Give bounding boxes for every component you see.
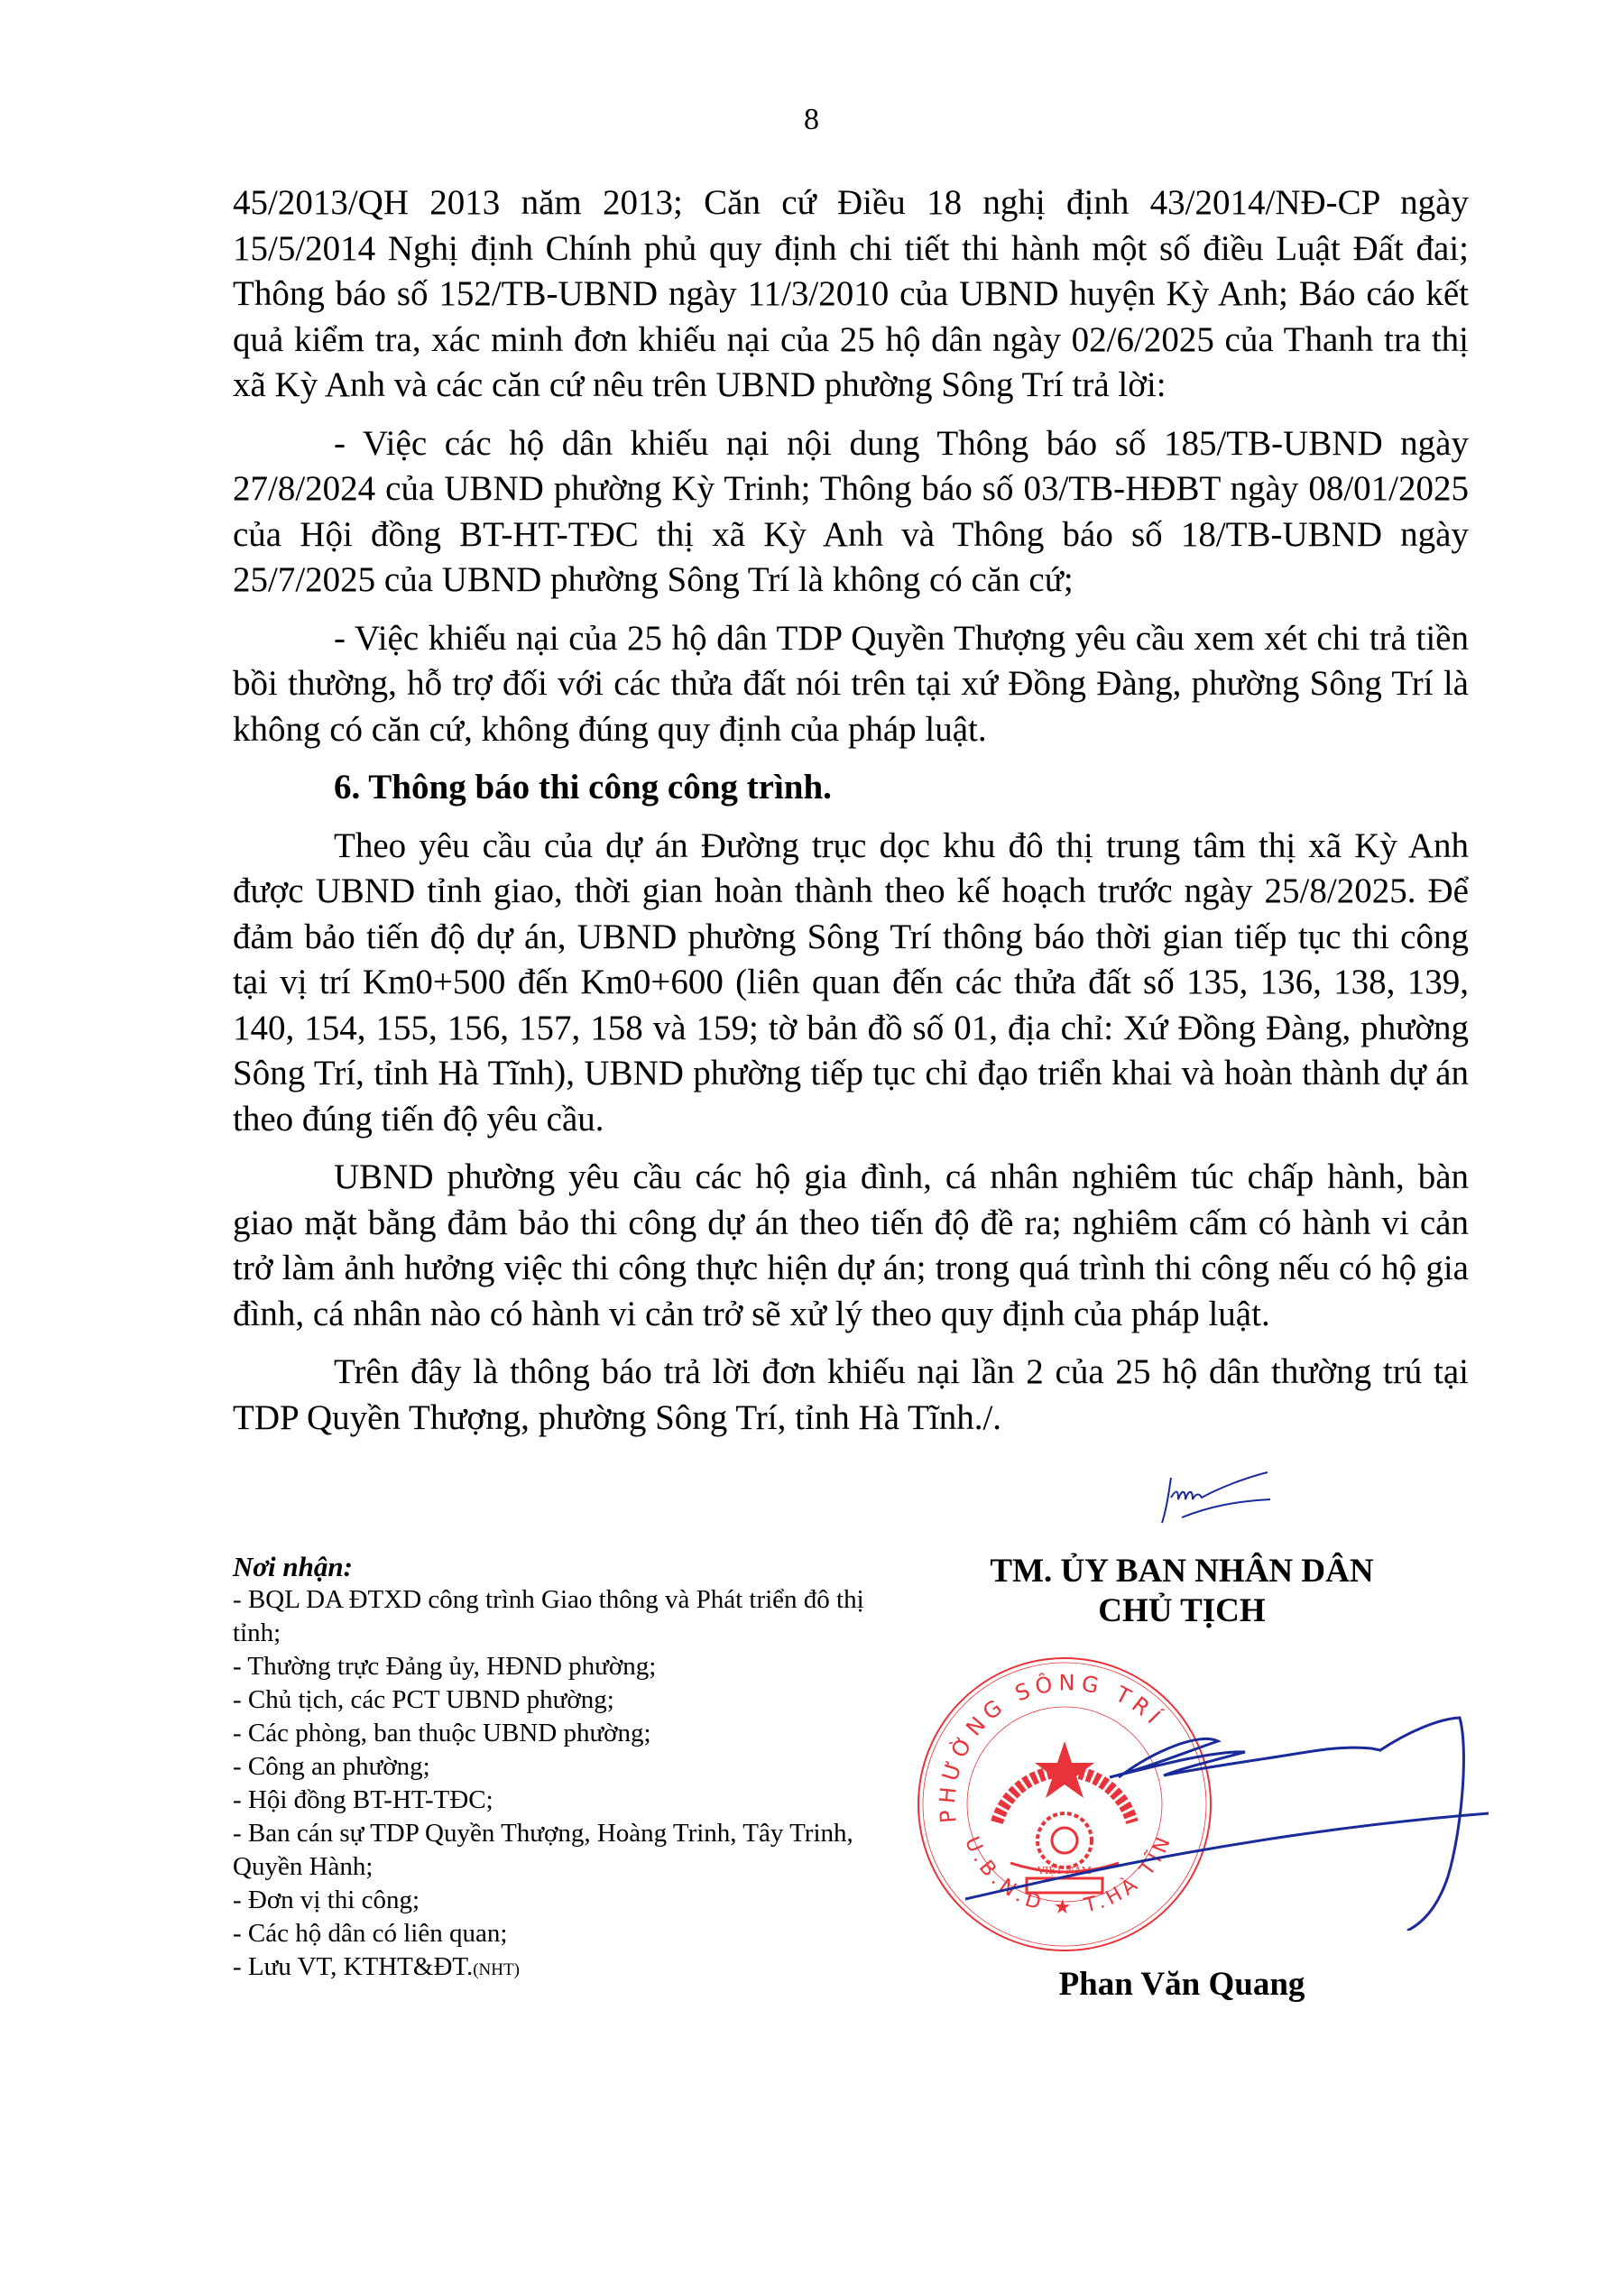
recipient-item: - Công an phường; <box>233 1750 864 1784</box>
paragraph: 45/2013/QH 2013 năm 2013; Căn cứ Điều 18… <box>233 180 1469 409</box>
paragraph: - Việc các hộ dân khiếu nại nội dung Thô… <box>233 421 1469 604</box>
recipient-item: - Các phòng, ban thuộc UBND phường; <box>233 1717 864 1750</box>
recipient-item-text: - Lưu VT, KTHT&ĐT. <box>233 1952 473 1981</box>
recipient-item: - Ban cán sự TDP Quyền Thượng, Hoàng Tri… <box>233 1817 864 1884</box>
paragraph: UBND phường yêu cầu các hộ gia đình, cá … <box>233 1155 1469 1337</box>
signer-position: CHỦ TỊCH <box>929 1591 1434 1631</box>
document-body: 45/2013/QH 2013 năm 2013; Căn cứ Điều 18… <box>233 180 1469 1453</box>
recipients-title: Nơi nhận: <box>233 1550 864 1583</box>
recipient-item: - BQL DA ĐTXD công trình Giao thông và P… <box>233 1583 864 1650</box>
recipient-item: - Chủ tịch, các PCT UBND phường; <box>233 1683 864 1717</box>
initials-signature <box>1155 1471 1272 1525</box>
signer-block: TM. ỦY BAN NHÂN DÂN CHỦ TỊCH Phan Văn Qu… <box>929 1552 1434 1631</box>
recipient-item: - Các hộ dân có liên quan; <box>233 1917 864 1950</box>
handwritten-signature <box>947 1696 1489 1931</box>
paragraph: - Việc khiếu nại của 25 hộ dân TDP Quyền… <box>233 616 1469 753</box>
section-heading: 6. Thông báo thi công công trình. <box>233 765 1469 811</box>
paragraph: Theo yêu cầu của dự án Đường trục dọc kh… <box>233 824 1469 1143</box>
paragraph: Trên đây là thông báo trả lời đơn khiếu … <box>233 1350 1469 1441</box>
recipient-item: - Hội đồng BT-HT-TĐC; <box>233 1784 864 1817</box>
signer-name: Phan Văn Quang <box>929 1965 1434 2004</box>
page-number: 8 <box>0 103 1623 137</box>
recipients-block: Nơi nhận: - BQL DA ĐTXD công trình Giao … <box>233 1550 864 1987</box>
signer-title: TM. ỦY BAN NHÂN DÂN <box>929 1552 1434 1591</box>
recipient-item: - Lưu VT, KTHT&ĐT.(NHT) <box>233 1950 864 1987</box>
recipient-item: - Đơn vị thi công; <box>233 1884 864 1917</box>
recipient-item: - Thường trực Đảng ủy, HĐND phường; <box>233 1650 864 1683</box>
recipient-note: (NHT) <box>473 1960 520 1979</box>
